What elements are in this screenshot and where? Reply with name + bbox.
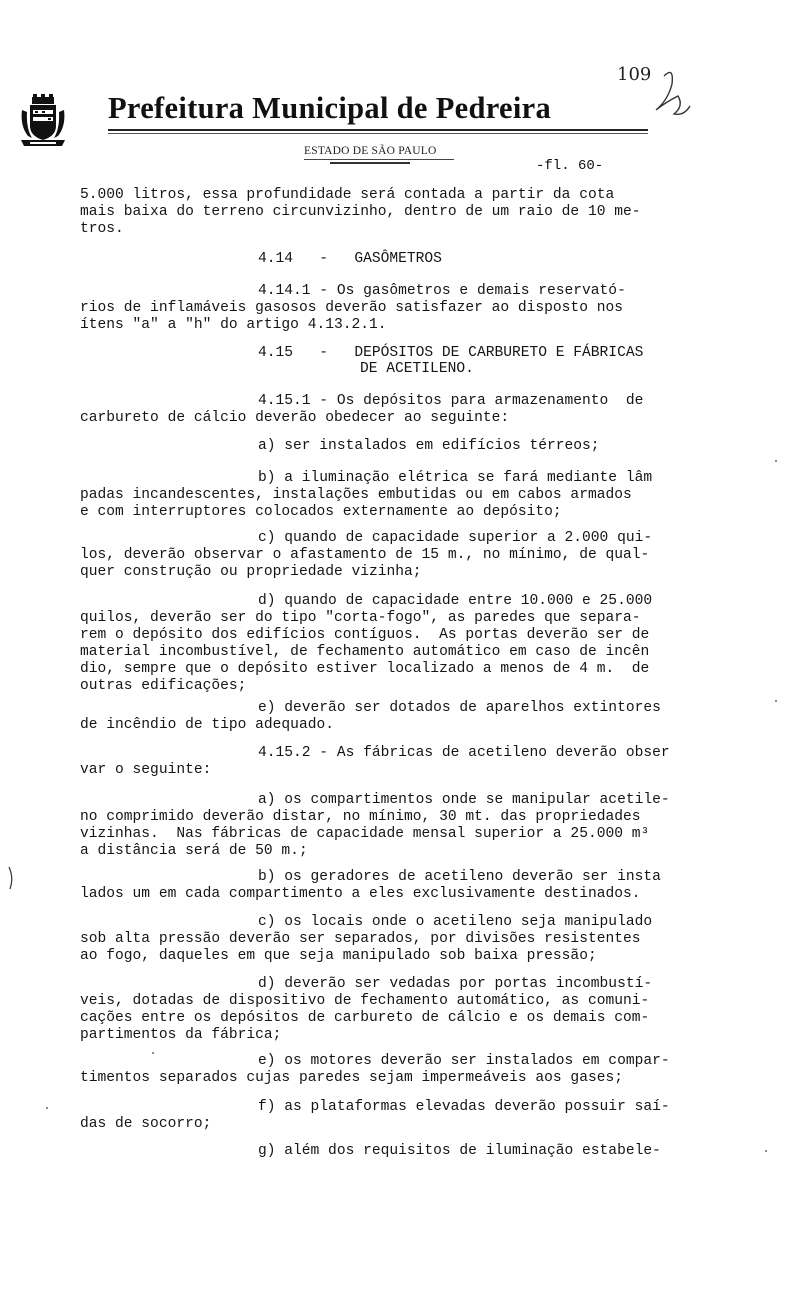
scan-speck	[775, 460, 777, 462]
text-line: a) ser instalados em edifícios térreos;	[258, 438, 600, 455]
text-line: var o seguinte:	[80, 762, 211, 779]
text-line: ítens "a" a "h" do artigo 4.13.2.1.	[80, 317, 387, 334]
text-line: quilos, deverão ser do tipo "corta-fogo"…	[80, 610, 641, 627]
text-line: f) as plataformas elevadas deverão possu…	[258, 1099, 670, 1116]
text-line: b) os geradores de acetileno deverão ser…	[258, 869, 661, 886]
header-rule	[108, 129, 648, 131]
scan-speck	[46, 1107, 48, 1109]
scan-speck	[765, 1150, 767, 1152]
subtitle-rule-thick	[330, 162, 410, 164]
text-line: tros.	[80, 221, 124, 238]
text-line: 4.15 - DEPÓSITOS DE CARBURETO E FÁBRICAS	[258, 345, 643, 362]
text-line: sob alta pressão deverão ser separados, …	[80, 931, 641, 948]
handwritten-initial-icon	[644, 66, 694, 126]
text-line: 4.14 - GASÔMETROS	[258, 251, 442, 268]
text-line: 4.14.1 - Os gasômetros e demais reservat…	[258, 283, 626, 300]
state-subtitle: ESTADO DE SÃO PAULO	[304, 145, 436, 157]
text-line: dio, sempre que o depósito estiver local…	[80, 661, 649, 678]
text-line: los, deverão observar o afastamento de 1…	[80, 547, 649, 564]
text-line: veis, dotadas de dispositivo de fechamen…	[80, 993, 649, 1010]
text-line: das de socorro;	[80, 1116, 211, 1133]
text-line: DE ACETILENO.	[360, 361, 474, 378]
text-line: a distância será de 50 m.;	[80, 843, 308, 860]
text-line: a) os compartimentos onde se manipular a…	[258, 792, 670, 809]
text-line: ao fogo, daqueles em que seja manipulado…	[80, 948, 597, 965]
margin-mark	[8, 866, 14, 890]
text-line: no comprimido deverão distar, no mínimo,…	[80, 809, 641, 826]
text-line: lados um em cada compartimento a eles ex…	[80, 886, 641, 903]
text-line: de incêndio de tipo adequado.	[80, 717, 334, 734]
text-line: c) os locais onde o acetileno seja manip…	[258, 914, 652, 931]
text-line: e) os motores deverão ser instalados em …	[258, 1053, 670, 1070]
text-line: b) a iluminação elétrica se fará mediant…	[258, 470, 652, 487]
text-line: material incombustível, de fechamento au…	[80, 644, 649, 661]
header-rule-thin	[108, 133, 648, 134]
text-line: quer construção ou propriedade vizinha;	[80, 564, 422, 581]
text-line: partimentos da fábrica;	[80, 1027, 281, 1044]
coat-of-arms-icon	[18, 92, 68, 148]
text-line: 4.15.1 - Os depósitos para armazenamento…	[258, 393, 643, 410]
text-line: cações entre os depósitos de carbureto d…	[80, 1010, 649, 1027]
text-line: mais baixa do terreno circunvizinho, den…	[80, 204, 641, 221]
text-line: 5.000 litros, essa profundidade será con…	[80, 187, 614, 204]
text-line: carbureto de cálcio deverão obedecer ao …	[80, 410, 509, 427]
text-line: c) quando de capacidade superior a 2.000…	[258, 530, 652, 547]
text-line: d) quando de capacidade entre 10.000 e 2…	[258, 593, 652, 610]
text-line: d) deverão ser vedadas por portas incomb…	[258, 976, 652, 993]
text-line: e) deverão ser dotados de aparelhos exti…	[258, 700, 661, 717]
text-line: padas incandescentes, instalações embuti…	[80, 487, 632, 504]
scan-speck	[775, 700, 777, 702]
text-line: rem o depósito dos edifícios contíguos. …	[80, 627, 649, 644]
text-line: e com interruptores colocados externamen…	[80, 504, 562, 521]
folio-number: -fl. 60-	[536, 158, 603, 174]
text-line: vizinhas. Nas fábricas de capacidade men…	[80, 826, 649, 843]
text-line: 4.15.2 - As fábricas de acetileno deverã…	[258, 745, 670, 762]
text-line: g) além dos requisitos de iluminação est…	[258, 1143, 661, 1160]
scan-speck	[152, 1052, 154, 1054]
subtitle-rule	[304, 159, 454, 160]
page-title: Prefeitura Municipal de Pedreira	[108, 91, 551, 126]
text-line: timentos separados cujas paredes sejam i…	[80, 1070, 623, 1087]
text-line: outras edificações;	[80, 678, 246, 695]
text-line: rios de inflamáveis gasosos deverão sati…	[80, 300, 623, 317]
